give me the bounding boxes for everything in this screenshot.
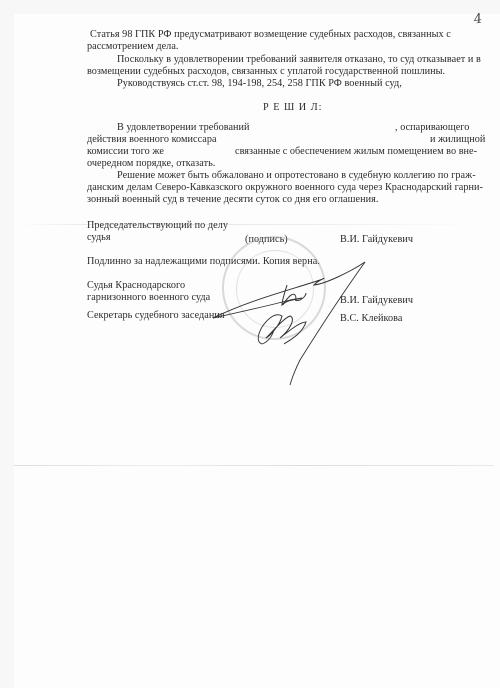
judge-signature-stroke [213, 262, 365, 318]
handwritten-signatures [0, 0, 500, 688]
judge-signature-stroke [213, 298, 302, 318]
secretary-signature-stroke [258, 327, 274, 344]
